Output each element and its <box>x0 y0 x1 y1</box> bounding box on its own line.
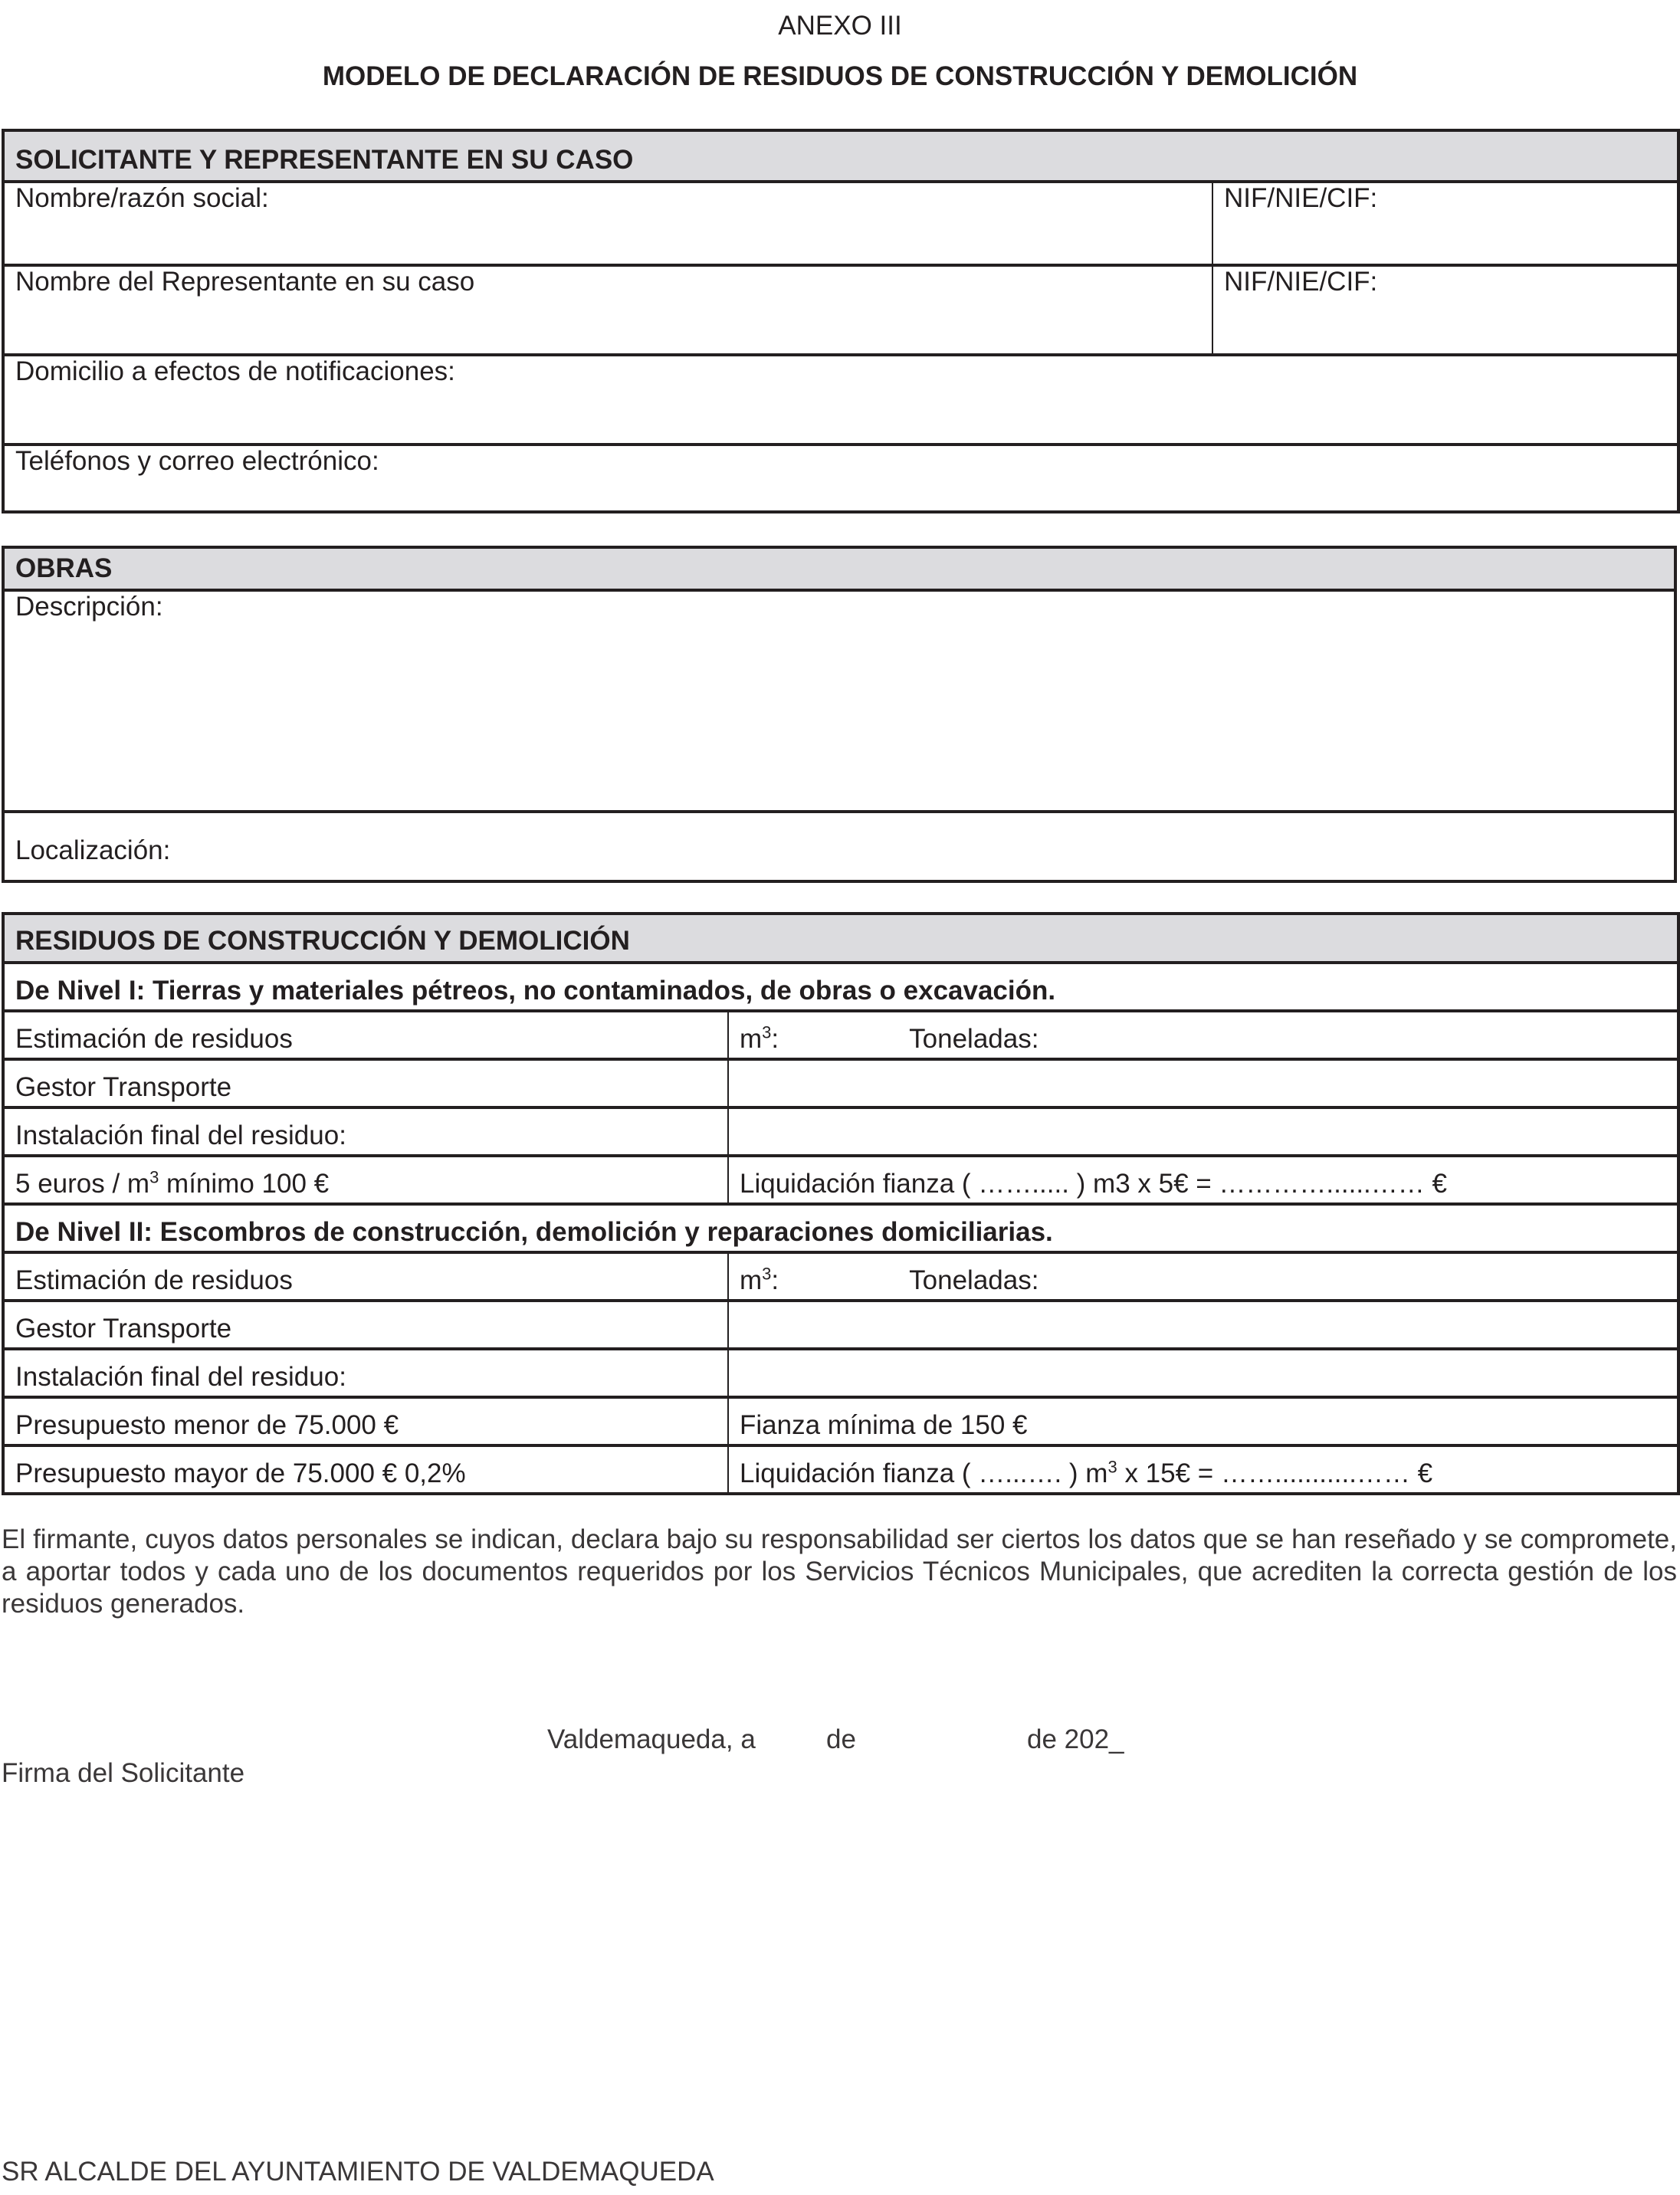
contact-field[interactable]: Teléfonos y correo electrónico: <box>3 445 1678 512</box>
nivel1-instalacion-field[interactable] <box>728 1107 1678 1156</box>
name-label: Nombre/razón social: <box>15 183 269 213</box>
nif-field-1[interactable]: NIF/NIE/CIF: <box>1212 182 1678 265</box>
m3-sup: 3 <box>762 1264 771 1283</box>
liq-post: x 15€ = ……...........…… € <box>1117 1458 1432 1488</box>
nif-field-2[interactable]: NIF/NIE/CIF: <box>1212 265 1678 355</box>
nivel2-fianza-minima: Fianza mínima de 150 € <box>728 1397 1678 1445</box>
nivel1-estimacion-field[interactable]: m3:Toneladas: <box>728 1011 1678 1059</box>
nivel2-gestor-label: Gestor Transporte <box>3 1301 728 1349</box>
m3-label: m <box>740 1024 762 1054</box>
representative-field[interactable]: Nombre del Representante en su caso <box>3 265 1212 355</box>
nivel2-liquidacion-field[interactable]: Liquidación fianza ( …...…. ) m3 x 15€ =… <box>728 1445 1678 1494</box>
representative-label: Nombre del Representante en su caso <box>15 267 474 297</box>
nivel1-rate: 5 euros / m3 mínimo 100 € <box>3 1156 728 1204</box>
nivel2-estimacion-label: Estimación de residuos <box>3 1252 728 1301</box>
residuos-heading: RESIDUOS DE CONSTRUCCIÓN Y DEMOLICIÓN <box>3 914 1678 963</box>
solicitante-section: SOLICITANTE Y REPRESENTANTE EN SU CASO N… <box>2 129 1680 513</box>
nif-label-2: NIF/NIE/CIF: <box>1224 267 1377 297</box>
signature-place: Valdemaqueda, a <box>547 1724 756 1755</box>
residuos-section: RESIDUOS DE CONSTRUCCIÓN Y DEMOLICIÓN De… <box>2 912 1680 1495</box>
m3-sup: 3 <box>762 1022 771 1042</box>
nivel2-mayor-label: Presupuesto mayor de 75.000 € 0,2% <box>3 1445 728 1494</box>
declaration-text: El firmante, cuyos datos personales se i… <box>2 1524 1677 1620</box>
nivel2-menor-label: Presupuesto menor de 75.000 € <box>3 1397 728 1445</box>
nif-label-1: NIF/NIE/CIF: <box>1224 183 1377 213</box>
nivel2-instalacion-label: Instalación final del residuo: <box>3 1349 728 1397</box>
liq-pre: Liquidación fianza ( …...…. ) m <box>740 1458 1107 1488</box>
annex-label: ANEXO III <box>0 11 1680 41</box>
location-field[interactable]: Localización: <box>3 812 1675 881</box>
rate-post: mínimo 100 € <box>159 1169 329 1199</box>
nivel2-instalacion-field[interactable] <box>728 1349 1678 1397</box>
rate-pre: 5 euros / m <box>15 1169 149 1199</box>
nivel1-title: De Nivel I: Tierras y materiales pétreos… <box>3 963 1678 1011</box>
m3-suffix: : <box>771 1024 779 1054</box>
obras-heading: OBRAS <box>3 547 1675 590</box>
signature-de-1: de <box>826 1724 856 1755</box>
nivel1-gestor-label: Gestor Transporte <box>3 1059 728 1107</box>
nivel2-gestor-field[interactable] <box>728 1301 1678 1349</box>
m3-suffix: : <box>771 1265 779 1295</box>
address-label: Domicilio a efectos de notificaciones: <box>15 356 455 386</box>
nivel1-gestor-field[interactable] <box>728 1059 1678 1107</box>
nivel1-estimacion-label: Estimación de residuos <box>3 1011 728 1059</box>
location-label: Localización: <box>15 835 170 865</box>
contact-label: Teléfonos y correo electrónico: <box>15 446 379 476</box>
description-field[interactable]: Descripción: <box>3 590 1675 812</box>
solicitante-heading: SOLICITANTE Y REPRESENTANTE EN SU CASO <box>3 130 1678 182</box>
addressee: SR ALCALDE DEL AYUNTAMIENTO DE VALDEMAQU… <box>2 2157 714 2187</box>
name-field[interactable]: Nombre/razón social: <box>3 182 1212 265</box>
document-title: MODELO DE DECLARACIÓN DE RESIDUOS DE CON… <box>0 61 1680 92</box>
obras-section: OBRAS Descripción: Localización: <box>2 546 1677 883</box>
toneladas-label: Toneladas: <box>909 1024 1039 1055</box>
toneladas-label: Toneladas: <box>909 1265 1039 1296</box>
signature-label: Firma del Solicitante <box>2 1758 244 1789</box>
liq-sup: 3 <box>1107 1457 1117 1476</box>
signature-year: de 202_ <box>1027 1724 1124 1755</box>
rate-sup: 3 <box>149 1167 159 1186</box>
nivel1-liquidacion-field[interactable]: Liquidación fianza ( ……..... ) m3 x 5€ =… <box>728 1156 1678 1204</box>
nivel2-title: De Nivel II: Escombros de construcción, … <box>3 1204 1678 1252</box>
nivel2-estimacion-field[interactable]: m3:Toneladas: <box>728 1252 1678 1301</box>
address-field[interactable]: Domicilio a efectos de notificaciones: <box>3 355 1678 445</box>
description-label: Descripción: <box>15 592 163 622</box>
m3-label: m <box>740 1265 762 1295</box>
nivel1-instalacion-label: Instalación final del residuo: <box>3 1107 728 1156</box>
